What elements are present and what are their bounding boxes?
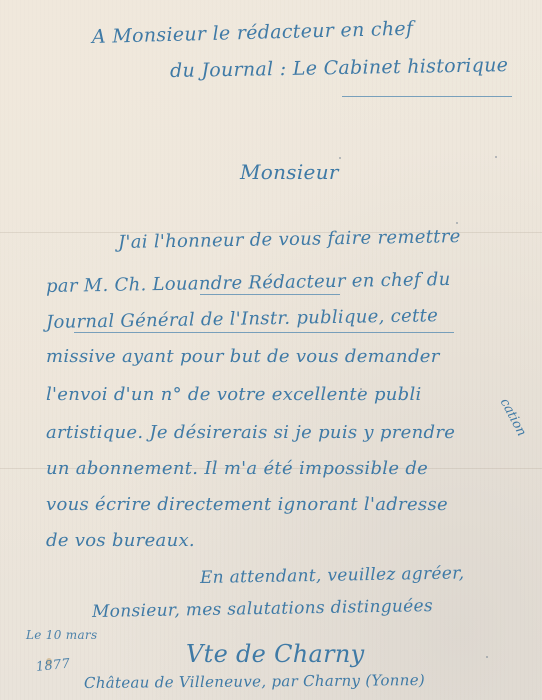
paper-speck: [339, 157, 341, 159]
dateline-year: 1877: [35, 656, 71, 675]
margin-note: cation: [497, 396, 529, 439]
body-line-8: vous écrire directement ignorant l'adres…: [46, 494, 448, 515]
address-line-2: du Journal : Le Cabinet historique: [170, 54, 509, 82]
closing-line-1: En attendant, veuillez agréer,: [200, 563, 465, 588]
address-line-1: A Monsieur le rédacteur en chef: [92, 18, 414, 48]
body-underline-2: [74, 332, 454, 333]
letter-page: A Monsieur le rédacteur en chef du Journ…: [0, 0, 542, 700]
paper-speck: [486, 656, 488, 658]
body-underline-1: [200, 294, 340, 295]
paper-speck: [495, 156, 497, 158]
body-line-6: artistique. Je désirerais si je puis y p…: [46, 422, 455, 443]
body-line-4: missive ayant pour but de vous demander: [46, 346, 440, 367]
closing-line-2: Monsieur, mes salutations distinguées: [92, 596, 433, 622]
body-line-5: l'envoi d'un n° de votre excellente publ…: [46, 384, 422, 405]
salutation: Monsieur: [240, 160, 339, 184]
body-line-7: un abonnement. Il m'a été impossible de: [46, 458, 428, 479]
body-line-2: par M. Ch. Louandre Rédacteur en chef du: [46, 269, 451, 297]
paper-speck: [456, 222, 458, 224]
address-underline: [342, 96, 512, 97]
dateline-day: Le 10 mars: [26, 628, 97, 642]
body-line-3: Journal Général de l'Instr. publique, ce…: [46, 305, 438, 333]
body-line-1: J'ai l'honneur de vous faire remettre: [118, 226, 461, 253]
signature-address: Château de Villeneuve, par Charny (Yonne…: [84, 671, 425, 692]
body-line-9: de vos bureaux.: [46, 530, 195, 551]
signature-name: Vte de Charny: [186, 640, 365, 668]
